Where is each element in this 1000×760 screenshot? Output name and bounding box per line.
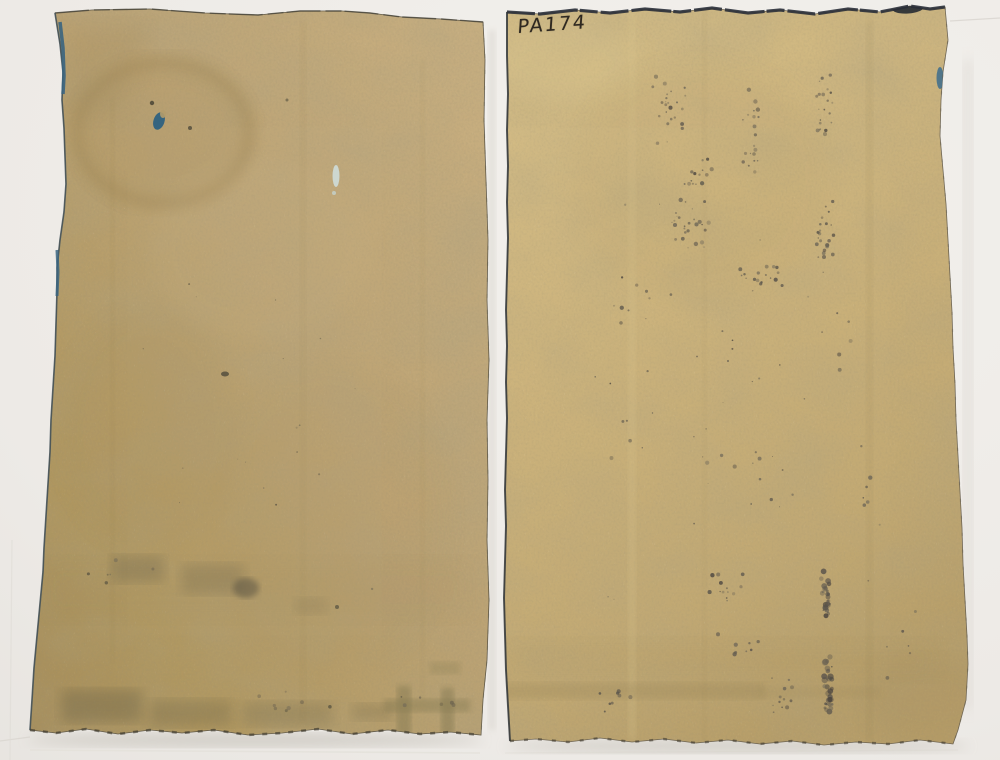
photo-of-canvas-panels	[0, 0, 1000, 760]
blue-edge-paint-right	[937, 67, 944, 89]
right-canvas-panel	[490, 0, 995, 760]
photo-backdrop: PA174	[0, 0, 1000, 760]
blue-edge-paint-mid	[57, 250, 58, 296]
white-paint-spot	[333, 165, 340, 187]
fold-crease-shadow	[500, 683, 765, 699]
inventory-inscription: PA174	[516, 10, 608, 51]
left-canvas-panel	[20, 0, 500, 760]
